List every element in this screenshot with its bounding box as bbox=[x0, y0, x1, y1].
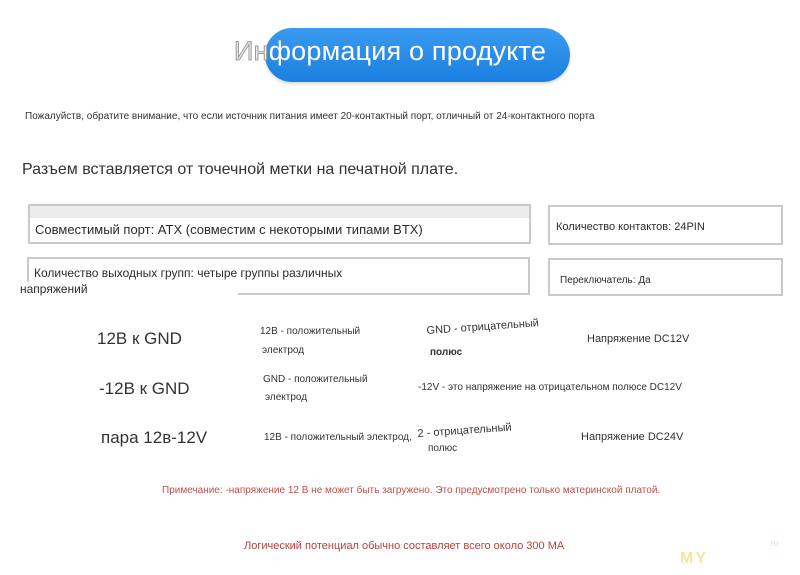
row-voltage: Напряжение DC12V bbox=[587, 333, 689, 345]
spec-port: Совместимый порт: ATX (совместим с некот… bbox=[35, 222, 423, 237]
spec-switch-box: Переключатель: Да bbox=[548, 258, 783, 296]
row-label: 12В к GND bbox=[97, 329, 182, 349]
row-desc2: 2 - отрицательный bbox=[417, 421, 512, 440]
connector-note: Разъем вставляется от точечной метки на … bbox=[22, 161, 458, 179]
page-title-ghost: Ин bbox=[234, 36, 269, 66]
row-label: -12В к GND bbox=[99, 379, 190, 399]
spec-groups-line2: напряжений bbox=[20, 282, 238, 296]
watermark-domain: .ru bbox=[768, 538, 779, 548]
spec-switch: Переключатель: Да bbox=[560, 275, 651, 286]
row-desc2: -12V - это напряжение на отрицательном п… bbox=[418, 382, 682, 393]
footer-note: Примечание: -напряжение 12 В не может бы… bbox=[162, 485, 660, 496]
row-desc: 12В - положительный электрод, bbox=[264, 432, 412, 443]
page-title-rest: формация о продукте bbox=[269, 36, 546, 66]
row-desc2: GND - отрицательный bbox=[426, 317, 539, 337]
row-label: пара 12в-12V bbox=[101, 428, 207, 448]
row-desc: электрод bbox=[265, 392, 307, 403]
notice-text: Пожалуйств, обратите внимание, что если … bbox=[25, 111, 595, 122]
spec-groups-line1: Количество выходных групп: четыре группы… bbox=[34, 266, 342, 280]
row-desc: электрод bbox=[262, 345, 304, 356]
spec-pins: Количество контактов: 24PIN bbox=[556, 221, 705, 233]
watermark-logo: MY bbox=[680, 550, 708, 568]
box-shade bbox=[30, 206, 529, 218]
row-desc2: полюс bbox=[428, 443, 457, 454]
row-desc2: полюс bbox=[430, 347, 462, 358]
row-desc: 12В - положительный bbox=[260, 326, 360, 337]
row-voltage: Напряжение DC24V bbox=[581, 431, 683, 443]
row-desc: GND - положительный bbox=[263, 374, 368, 385]
page-title: Информация о продукте bbox=[234, 36, 546, 67]
spec-pins-box: Количество контактов: 24PIN bbox=[548, 205, 783, 245]
spec-port-box: Совместимый порт: ATX (совместим с некот… bbox=[28, 204, 531, 244]
footer-logic: Логический потенциал обычно составляет в… bbox=[244, 540, 564, 552]
